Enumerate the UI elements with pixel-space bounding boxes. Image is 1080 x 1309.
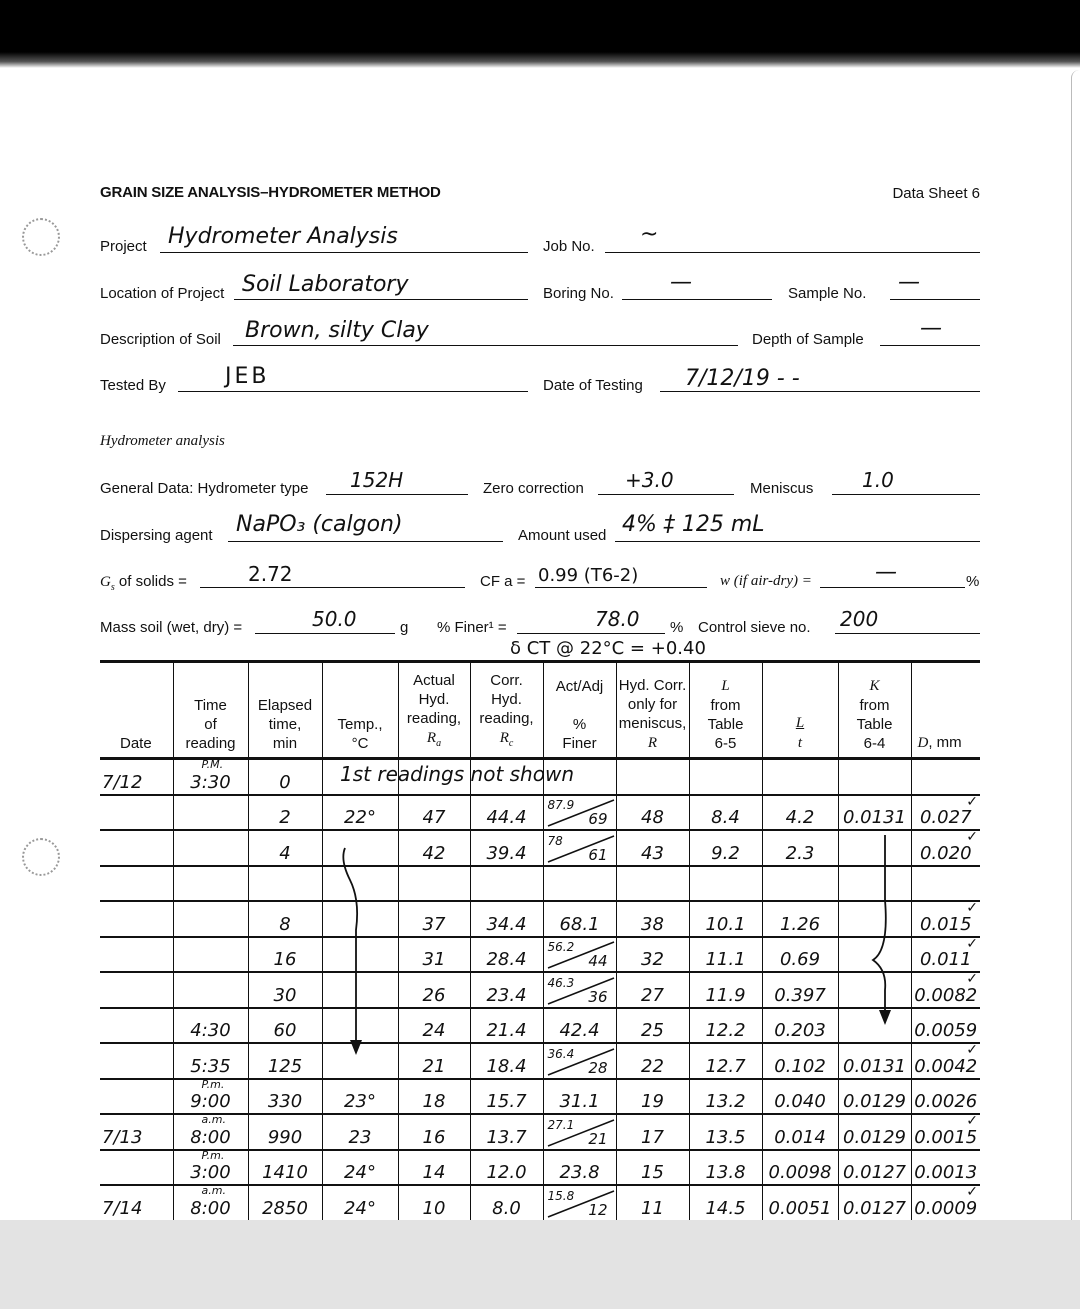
scan-edge-shadow [0,52,1080,68]
cell-temp[interactable]: 24° [322,1185,398,1221]
table-row: 5:351252118.436.4282212.70.1020.01310.00… [100,1043,980,1079]
col-header-time: Timeofreading [173,662,248,759]
k-value-carry-arrow-icon [845,830,915,1035]
cell-rc[interactable] [470,866,543,902]
mass-soil-field[interactable]: 50.0 [312,607,357,631]
cell-l[interactable] [689,866,762,902]
mass-soil-unit: g [400,619,408,636]
date-of-testing-label: Date of Testing [543,377,643,394]
cell-l-t[interactable]: 2.3 [762,830,838,866]
cell-date[interactable] [100,937,173,973]
punch-hole-icon [22,838,60,876]
job-no-label: Job No. [543,238,595,255]
cell-date[interactable]: 7/13 [100,1114,173,1150]
checkmark-icon: ✓ [966,971,978,987]
cell-rc[interactable]: 8.0 [470,1185,543,1221]
cell-d[interactable]: 0.020✓ [911,830,980,866]
actual-percent-finer: 56.2 [548,940,575,954]
cell-k[interactable]: 0.0127 [838,1185,911,1221]
checkmark-icon: ✓ [966,1042,978,1058]
cf-field[interactable]: 0.99 (T6-2) [538,565,638,586]
cell-rc[interactable]: 39.4 [470,830,543,866]
checkmark-icon: ✓ [966,1113,978,1129]
location-label: Location of Project [100,285,224,302]
tested-by-label: Tested By [100,377,166,394]
gs-field[interactable]: 2.72 [248,562,293,586]
cell-date[interactable] [100,795,173,831]
cell-ra[interactable]: 26 [398,972,470,1008]
cell-elapsed[interactable]: 8 [248,901,322,937]
cell-ra[interactable]: 31 [398,937,470,973]
cell-l-t[interactable]: 4.2 [762,795,838,831]
cell-r[interactable]: 17 [616,1114,689,1150]
am-pm-note: P.m. [202,1149,225,1162]
screen-bottom-area [0,1220,1080,1309]
col-header-L: LfromTable6-5 [689,662,762,759]
water-content-label: w (if air-dry) = [720,573,812,590]
table-row: P.m.3:00141024°1412.023.81513.80.00980.0… [100,1150,980,1186]
am-pm-note: P.M. [202,758,224,771]
adjusted-percent-finer: 28 [588,1059,607,1077]
cell-time[interactable]: 4:30 [173,1008,248,1044]
cell-time[interactable] [173,937,248,973]
col-header-corr-reading: Corr.Hyd.reading,Rc [470,662,543,759]
dispersing-agent-label: Dispersing agent [100,527,213,544]
percent-finer-unit: % [670,619,683,636]
cell-ra[interactable]: 16 [398,1114,470,1150]
cell-date[interactable] [100,1008,173,1044]
cell-date[interactable]: 7/12 [100,759,173,795]
mass-soil-label: Mass soil (wet, dry) = [100,619,242,636]
sample-no-field[interactable]: — [898,270,920,295]
cell-time[interactable] [173,901,248,937]
cell-d[interactable]: 0.0082✓ [911,972,980,1008]
cell-r[interactable]: 27 [616,972,689,1008]
location-field[interactable]: Soil Laboratory [242,272,408,297]
cell-k[interactable]: 0.0129 [838,1114,911,1150]
cell-l-t[interactable]: 0.203 [762,1008,838,1044]
cell-finer[interactable]: 7861 [543,830,616,866]
cell-l[interactable] [689,759,762,795]
cell-r[interactable]: 32 [616,937,689,973]
cell-ra[interactable]: 18 [398,1079,470,1115]
boring-no-label: Boring No. [543,285,614,302]
page-edge [1071,70,1080,1220]
col-header-elapsed: Elapsedtime,min [248,662,322,759]
cell-l[interactable]: 11.1 [689,937,762,973]
gs-label: Gs of solids = [100,573,187,593]
cell-time[interactable]: a.m.8:00 [173,1185,248,1221]
actual-percent-finer: 78 [548,834,563,848]
cell-rc[interactable]: 34.4 [470,901,543,937]
col-header-D: D, mm [911,662,980,759]
cell-l[interactable]: 13.8 [689,1150,762,1186]
data-sheet-number: Data Sheet 6 [892,185,980,202]
boring-no-field[interactable]: — [670,270,692,295]
cell-time[interactable] [173,795,248,831]
cell-time[interactable]: 5:35 [173,1043,248,1079]
cell-rc[interactable]: 13.7 [470,1114,543,1150]
cell-finer[interactable]: 46.336 [543,972,616,1008]
cell-d[interactable]: 0.0009✓ [911,1185,980,1221]
cell-d[interactable]: 0.0042✓ [911,1043,980,1079]
cell-d[interactable]: 0.015✓ [911,901,980,937]
zero-correction-label: Zero correction [483,480,584,497]
col-header-K: KfromTable6-4 [838,662,911,759]
am-pm-note: P.m. [202,1078,225,1091]
percent-finer-label: % Finer¹ = [437,619,507,636]
cell-time[interactable]: P.M.3:30 [173,759,248,795]
cell-finer[interactable]: 68.1 [543,901,616,937]
table-row: 222°4744.487.969488.44.20.01310.027✓ [100,795,980,831]
temperature-carry-arrow-icon [320,840,400,1070]
adjusted-percent-finer: 44 [588,952,607,970]
checkmark-icon: ✓ [966,936,978,952]
percent-finer-field[interactable]: 78.0 [595,607,640,631]
actual-percent-finer: 15.8 [548,1189,575,1203]
cell-temp[interactable]: 23 [322,1114,398,1150]
date-of-testing-field[interactable]: 7/12/19 - - [685,366,800,391]
cell-temp[interactable]: 24° [322,1150,398,1186]
first-readings-note: 1st readings not shown [340,762,574,786]
cell-temp[interactable]: 22° [322,795,398,831]
checkmark-icon: ✓ [966,794,978,810]
description-label: Description of Soil [100,331,221,348]
am-pm-note: a.m. [202,1184,226,1197]
cell-ra[interactable]: 14 [398,1150,470,1186]
cell-r[interactable] [616,866,689,902]
cell-elapsed[interactable]: 60 [248,1008,322,1044]
cell-k[interactable]: 0.0129 [838,1079,911,1115]
actual-percent-finer: 87.9 [548,798,575,812]
col-header-temp: Temp.,°C [322,662,398,759]
amount-used-field[interactable]: 4% ‡ 125 mL [622,512,765,537]
cell-finer[interactable] [543,866,616,902]
depth-label: Depth of Sample [752,331,864,348]
cell-date[interactable] [100,901,173,937]
cell-l-t[interactable]: 0.102 [762,1043,838,1079]
cell-l[interactable]: 11.9 [689,972,762,1008]
cell-date[interactable] [100,972,173,1008]
tested-by-field[interactable]: JEB [225,364,269,389]
cell-r[interactable]: 15 [616,1150,689,1186]
cell-elapsed[interactable]: 990 [248,1114,322,1150]
cell-date[interactable] [100,1079,173,1115]
cell-rc[interactable]: 15.7 [470,1079,543,1115]
cell-k[interactable]: 0.0127 [838,1150,911,1186]
cell-date[interactable] [100,1150,173,1186]
actual-percent-finer: 27.1 [548,1118,575,1132]
cell-d[interactable]: 0.0013 [911,1150,980,1186]
section-title: Hydrometer analysis [100,433,225,450]
cell-l-t[interactable]: 0.397 [762,972,838,1008]
cell-date[interactable] [100,830,173,866]
col-header-L-over-t: Lt [762,662,838,759]
cell-date[interactable] [100,866,173,902]
cell-k[interactable]: 0.0131 [838,795,911,831]
cell-r[interactable]: 43 [616,830,689,866]
temperature-correction-note: δ CT @ 22°C = +0.40 [510,638,706,659]
description-field[interactable]: Brown, silty Clay [245,318,429,343]
cell-d[interactable]: 0.0015✓ [911,1114,980,1150]
cell-finer[interactable]: 36.428 [543,1043,616,1079]
hydrometer-type-field[interactable]: 152H [350,468,403,492]
cell-l-t[interactable]: 0.040 [762,1079,838,1115]
am-pm-note: a.m. [202,1113,226,1126]
adjusted-percent-finer: 21 [588,1130,607,1148]
cell-elapsed[interactable]: 330 [248,1079,322,1115]
cell-ra[interactable]: 10 [398,1185,470,1221]
cell-r[interactable]: 48 [616,795,689,831]
cell-r[interactable]: 19 [616,1079,689,1115]
col-header-date: Date [100,662,173,759]
cell-k[interactable]: 0.0131 [838,1043,911,1079]
cell-l[interactable]: 12.2 [689,1008,762,1044]
cell-d[interactable]: 0.0059 [911,1008,980,1044]
cell-l-t[interactable]: 0.014 [762,1114,838,1150]
cell-date[interactable]: 7/14 [100,1185,173,1221]
cell-l-t[interactable]: 0.0098 [762,1150,838,1186]
hydrometer-type-label: General Data: Hydrometer type [100,480,308,497]
job-no-field[interactable]: ~ [640,222,658,247]
cell-rc[interactable]: 18.4 [470,1043,543,1079]
cell-elapsed[interactable]: 2 [248,795,322,831]
cell-ra[interactable]: 42 [398,830,470,866]
cell-time[interactable] [173,830,248,866]
col-header-meniscus: Hyd. Corr.only formeniscus,R [616,662,689,759]
depth-field[interactable]: — [920,316,942,341]
cell-elapsed[interactable] [248,866,322,902]
actual-percent-finer: 46.3 [548,976,575,990]
cell-finer[interactable]: 56.244 [543,937,616,973]
cell-ra[interactable]: 24 [398,1008,470,1044]
cell-ra[interactable] [398,866,470,902]
cell-l-t[interactable]: 0.69 [762,937,838,973]
cell-k[interactable] [838,759,911,795]
cell-r[interactable] [616,759,689,795]
adjusted-percent-finer: 61 [588,846,607,864]
actual-percent-finer: 36.4 [548,1047,575,1061]
punch-hole-icon [22,218,60,256]
zero-correction-field[interactable]: +3.0 [625,468,674,492]
cell-r[interactable]: 22 [616,1043,689,1079]
cell-l[interactable]: 10.1 [689,901,762,937]
meniscus-field[interactable]: 1.0 [862,468,894,492]
cell-l-t[interactable]: 0.0051 [762,1185,838,1221]
cell-rc[interactable]: 44.4 [470,795,543,831]
cell-d[interactable] [911,759,980,795]
cell-elapsed[interactable]: 0 [248,759,322,795]
cell-d[interactable]: 0.011✓ [911,937,980,973]
cell-l[interactable]: 13.5 [689,1114,762,1150]
cell-r[interactable]: 11 [616,1185,689,1221]
adjusted-percent-finer: 12 [588,1201,607,1219]
cell-l[interactable]: 8.4 [689,795,762,831]
meniscus-label: Meniscus [750,480,813,497]
cell-d[interactable]: 0.027✓ [911,795,980,831]
cell-rc[interactable]: 28.4 [470,937,543,973]
cell-elapsed[interactable]: 125 [248,1043,322,1079]
cell-l[interactable]: 14.5 [689,1185,762,1221]
adjusted-percent-finer: 69 [588,810,607,828]
cell-ra[interactable]: 47 [398,795,470,831]
cell-l[interactable]: 12.7 [689,1043,762,1079]
cell-l-t[interactable] [762,759,838,795]
form-title: GRAIN SIZE ANALYSIS–HYDROMETER METHOD [100,184,441,201]
cell-ra[interactable]: 21 [398,1043,470,1079]
cell-d[interactable]: 0.0026 [911,1079,980,1115]
cell-elapsed[interactable]: 16 [248,937,322,973]
project-label: Project [100,238,147,255]
checkmark-icon: ✓ [966,900,978,916]
cell-rc[interactable]: 23.4 [470,972,543,1008]
control-sieve-field[interactable]: 200 [840,607,878,631]
cell-finer[interactable]: 31.1 [543,1079,616,1115]
cell-elapsed[interactable]: 4 [248,830,322,866]
cell-temp[interactable]: 23° [322,1079,398,1115]
cell-l[interactable]: 9.2 [689,830,762,866]
sample-no-label: Sample No. [788,285,866,302]
cell-d[interactable] [911,866,980,902]
adjusted-percent-finer: 36 [588,988,607,1006]
cell-time[interactable]: P.m.3:00 [173,1150,248,1186]
cell-elapsed[interactable]: 30 [248,972,322,1008]
cell-ra[interactable]: 37 [398,901,470,937]
cell-r[interactable]: 38 [616,901,689,937]
amount-used-label: Amount used [518,527,606,544]
cell-time[interactable]: a.m.8:00 [173,1114,248,1150]
table-row: 7/14a.m.8:00285024°108.015.8121114.50.00… [100,1185,980,1221]
cell-date[interactable] [100,1043,173,1079]
cell-rc[interactable]: 12.0 [470,1150,543,1186]
col-header-actual-reading: ActualHyd.reading,Ra [398,662,470,759]
checkmark-icon: ✓ [966,829,978,845]
cell-elapsed[interactable]: 2850 [248,1185,322,1221]
table-row: P.m.9:0033023°1815.731.11913.20.0400.012… [100,1079,980,1115]
control-sieve-label: Control sieve no. [698,619,811,636]
col-header-percent-finer: Act/Adj%Finer [543,662,616,759]
project-field[interactable]: Hydrometer Analysis [168,224,398,249]
cell-l-t[interactable]: 1.26 [762,901,838,937]
water-content-unit: % [966,573,979,590]
cell-time[interactable] [173,866,248,902]
cell-finer[interactable]: 27.121 [543,1114,616,1150]
cell-finer[interactable]: 15.812 [543,1185,616,1221]
dispersing-agent-field[interactable]: NaPO₃ (calgon) [236,512,403,537]
cell-elapsed[interactable]: 1410 [248,1150,322,1186]
cell-time[interactable] [173,972,248,1008]
cell-time[interactable]: P.m.9:00 [173,1079,248,1115]
cell-r[interactable]: 25 [616,1008,689,1044]
cell-l-t[interactable] [762,866,838,902]
water-content-field[interactable]: — [875,560,897,585]
table-row: 7/13a.m.8:00990231613.727.1211713.50.014… [100,1114,980,1150]
cell-l[interactable]: 13.2 [689,1079,762,1115]
cell-finer[interactable]: 87.969 [543,795,616,831]
cell-finer[interactable]: 42.4 [543,1008,616,1044]
checkmark-icon: ✓ [966,1184,978,1200]
cell-rc[interactable]: 21.4 [470,1008,543,1044]
cf-label: CF a = [480,573,525,590]
cell-finer[interactable]: 23.8 [543,1150,616,1186]
